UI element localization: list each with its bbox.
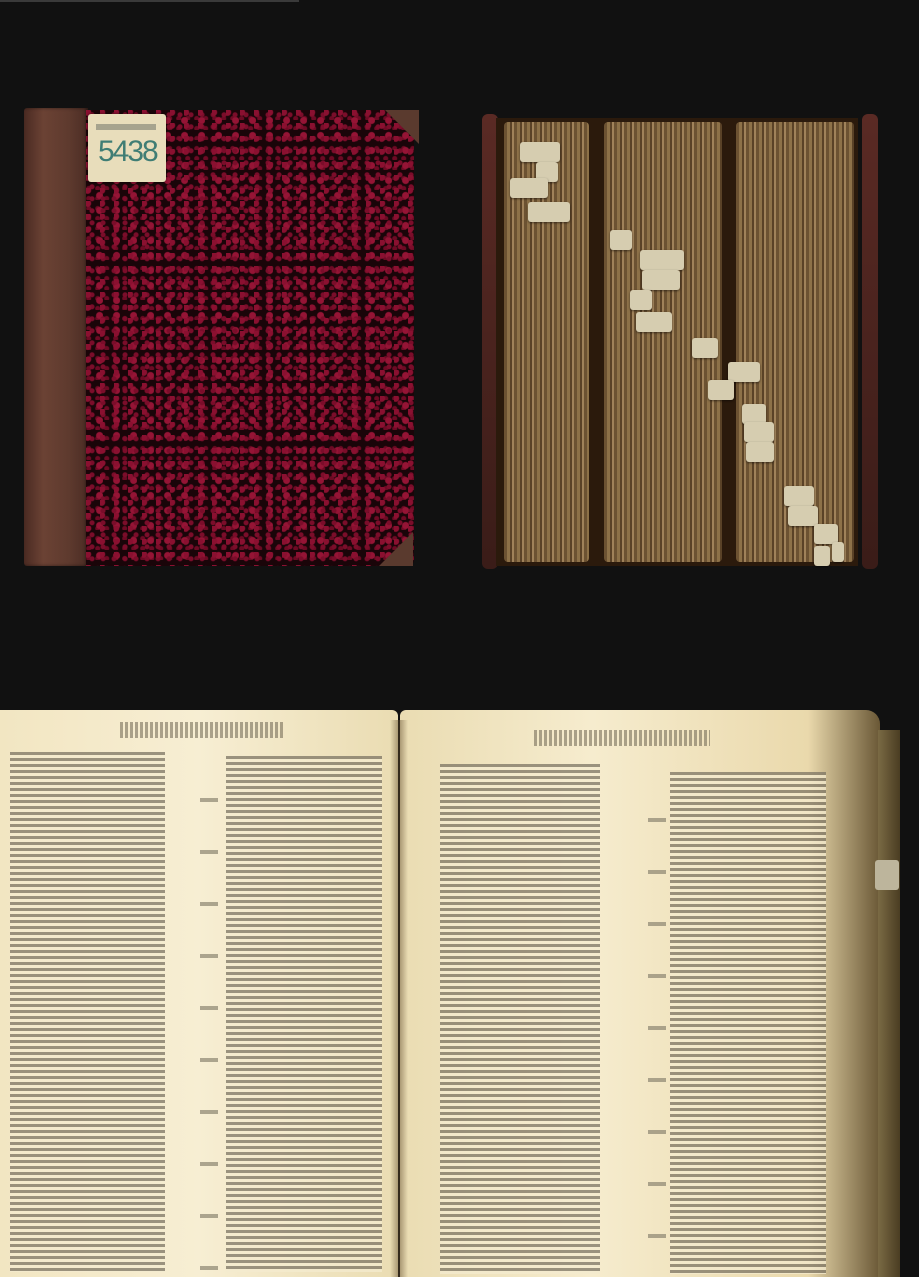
index-tab <box>692 338 718 358</box>
library-label: 5438 <box>88 114 166 182</box>
page-block <box>496 118 858 566</box>
book-cover-photo: 5438 <box>24 106 419 568</box>
cover-edge-right <box>862 114 878 569</box>
index-tab <box>642 270 680 290</box>
running-head <box>120 722 285 738</box>
text-column <box>226 756 382 1272</box>
right-page <box>400 710 880 1277</box>
index-tab <box>708 380 734 400</box>
text-column <box>440 764 600 1274</box>
running-head <box>534 730 710 746</box>
fore-edge-photo <box>480 114 880 576</box>
book-spine <box>24 108 88 566</box>
index-tab <box>814 546 830 566</box>
open-book-photo <box>0 710 905 1277</box>
index-tab <box>832 542 844 562</box>
index-tab <box>742 404 766 424</box>
page-block-edge <box>878 730 900 1277</box>
book-gutter <box>390 720 408 1277</box>
index-tab <box>875 860 899 890</box>
index-tab <box>784 486 814 506</box>
index-tab <box>636 312 672 332</box>
margin-numbers <box>648 770 666 1274</box>
index-tab <box>788 506 818 526</box>
index-tab <box>528 202 570 222</box>
label-shelf-number: 5438 <box>98 132 157 172</box>
index-tab <box>744 422 774 442</box>
index-tab <box>610 230 632 250</box>
index-tab <box>728 362 760 382</box>
index-tab <box>630 290 652 310</box>
top-edge-strip <box>0 0 299 2</box>
text-column <box>670 772 826 1274</box>
label-header-text <box>96 124 156 130</box>
index-tab <box>520 142 560 162</box>
left-page <box>0 710 398 1277</box>
text-column <box>10 752 165 1272</box>
margin-numbers <box>200 750 218 1270</box>
index-tab <box>510 178 548 198</box>
index-tab <box>814 524 838 544</box>
index-tab <box>746 442 774 462</box>
index-tab <box>640 250 684 270</box>
